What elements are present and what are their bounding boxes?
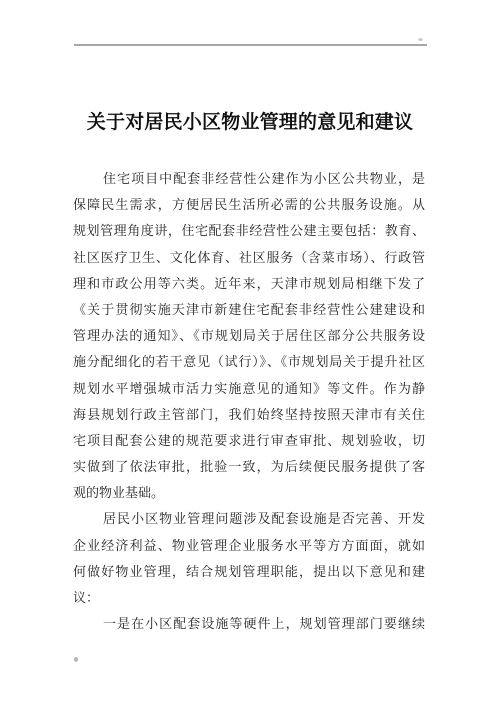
text-line: 实做到了依法审批，批验一致，为后续便民服务提供了客 [73,454,425,480]
text-line: 宅项目配套公建的规范要求进行审查审批、规划验收，切 [73,428,425,454]
text-line: 议： [73,585,425,611]
text-line: 规划水平增强城市活力实施意见的通知》等文件。作为静 [73,376,425,402]
text-line: 观的物业基础。 [73,480,425,506]
text-line: 管理办法的通知》、《市规划局关于居住区部分公共服务设 [73,323,425,349]
text-line: 理和市政公用等六类。近年来，天津市规划局相继下发了 [73,271,425,297]
document-page: 关于对居民小区物业管理的意见和建议 住宅项目中配套非经营性公建作为小区公共物业，… [0,0,500,708]
text-line: 企业经济利益、物业管理企业服务水平等方方面面，就如 [73,533,425,559]
text-line: 住宅项目中配套非经营性公建作为小区公共物业，是 [73,166,425,192]
footer-mark [74,657,78,662]
text-line: 社区医疗卫生、文化体育、社区服务（含菜市场）、行政管 [73,245,425,271]
text-line: 施分配细化的若干意见（试行）》、《市规划局关于提升社区 [73,349,425,375]
text-line: 《关于贯彻实施天津市新建住宅配套非经营性公建建设和 [73,297,425,323]
header-speck [418,38,423,41]
text-line: 保障民生需求，方便居民生活所必需的公共服务设施。从 [73,192,425,218]
header-rule [74,44,427,46]
document-body: 住宅项目中配套非经营性公建作为小区公共物业，是保障民生需求，方便居民生活所必需的… [73,166,425,637]
text-line: 一是在小区配套设施等硬件上，规划管理部门要继续 [73,611,425,637]
text-line: 何做好物业管理，结合规划管理职能，提出以下意见和建 [73,559,425,585]
document-title: 关于对居民小区物业管理的意见和建议 [0,109,500,137]
text-line: 海县规划行政主管部门，我们始终坚持按照天津市有关住 [73,402,425,428]
text-line: 规划管理角度讲，住宅配套非经营性公建主要包括：教育、 [73,218,425,244]
text-line: 居民小区物业管理问题涉及配套设施是否完善、开发 [73,506,425,532]
